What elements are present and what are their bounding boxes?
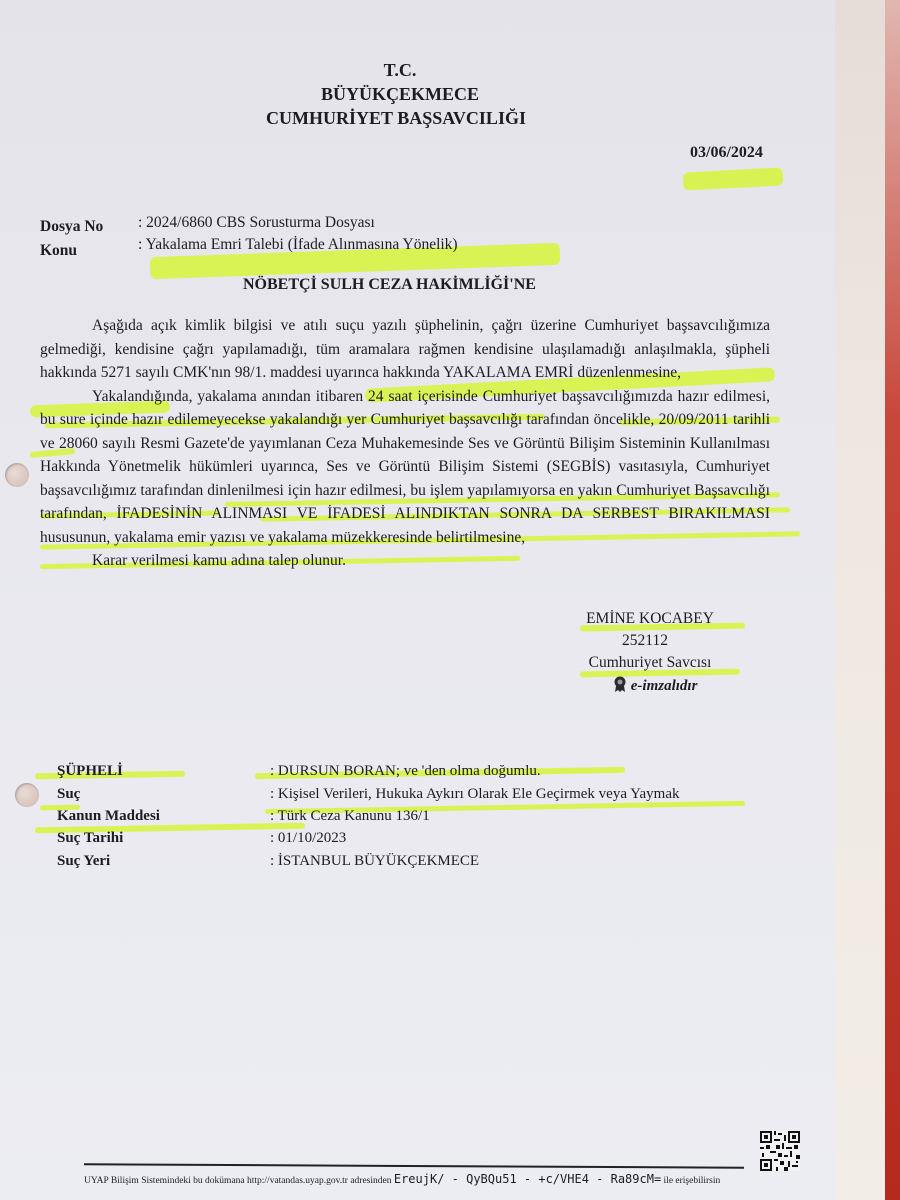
header-office: CUMHURİYET BAŞSAVCILIĞI [196,108,596,129]
field-value: : İSTANBUL BÜYÜKÇEKMECE [270,853,479,870]
seal-badge-icon [613,676,627,692]
konu-value: : Yakalama Emri Talebi (İfade Alınmasına… [138,236,458,254]
addressee: NÖBETÇİ SULH CEZA HAKİMLİĞİ'NE [243,276,536,294]
red-folder-edge [885,0,900,1200]
field-label: Suç Yeri [57,853,110,870]
field-value: : DURSUN BORAN; ve 'den olma doğumlu. [270,763,541,780]
field-label: ŞÜPHELİ [57,763,123,780]
field-value: : Kişisel Verileri, Hukuka Aykırı Olarak… [270,786,680,803]
esign-block: e-imzalıdır [613,676,697,695]
underlying-sheet [835,0,892,1200]
footer-prefix: UYAP Bilişim Sistemindeki bu dokümana ht… [84,1176,391,1186]
konu-label: Konu [40,242,77,260]
qr-code-icon [760,1131,800,1171]
header-city: BÜYÜKÇEKMECE [200,84,600,105]
esign-label: e-imzalıdır [631,678,698,694]
verification-code: EreujK/ - QyBQu51 - +c/VHE4 - Ra89cM= [394,1172,661,1186]
punch-hole-top [5,463,29,487]
field-value: : 01/10/2023 [270,830,346,847]
footer: UYAP Bilişim Sistemindeki bu dokümana ht… [84,1172,720,1186]
signer-number: 252112 [555,632,735,650]
signer-title: Cumhuriyet Savcısı [560,654,740,672]
paragraph-1: Aşağıda açık kimlik bilgisi ve atılı suç… [40,314,770,385]
dosya-no-value: : 2024/6860 CBS Sorusturma Dosyası [138,214,375,232]
field-label: Suç Tarihi [57,830,123,847]
document-date: 03/06/2024 [690,144,763,162]
footer-suffix: ile erişebilirsin [664,1176,721,1186]
punch-hole-bottom [15,783,39,807]
dosya-no-label: Dosya No [40,218,103,236]
signer-name: EMİNE KOCABEY [560,610,740,628]
field-label: Kanun Maddesi [57,808,160,825]
body-text: Aşağıda açık kimlik bilgisi ve atılı suç… [40,314,770,573]
field-label: Suç [57,786,80,803]
header-tc: T.C. [200,60,600,81]
field-value: : Türk Ceza Kanunu 136/1 [270,808,430,825]
paragraph-3: Karar verilmesi kamu adına talep olunur. [40,549,770,573]
paragraph-2: Yakalandığında, yakalama anından itibare… [40,385,770,550]
